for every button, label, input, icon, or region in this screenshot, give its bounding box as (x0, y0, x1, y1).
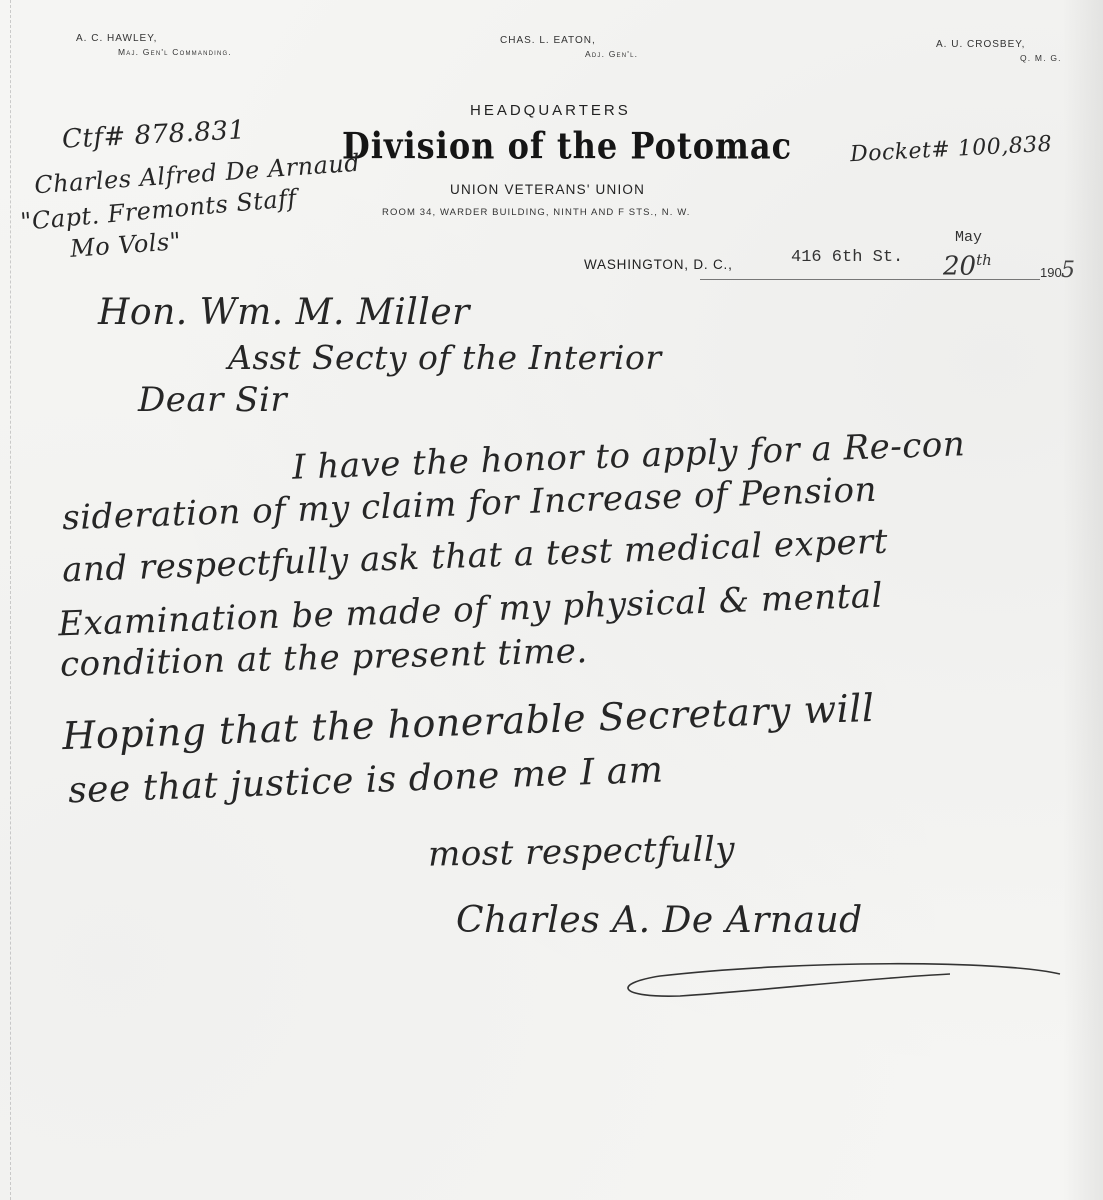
letterhead-address: ROOM 34, WARDER BUILDING, NINTH AND F ST… (382, 207, 691, 218)
printed-year: 190 (1040, 265, 1062, 280)
handwritten-day: 20th (943, 251, 992, 282)
letterhead-organization: Division of the Potomac (342, 124, 802, 168)
salutation: Dear Sir (138, 380, 287, 420)
day-number: 20 (943, 252, 976, 282)
typed-street-address: 416 6th St. (791, 248, 903, 267)
officer-quartermaster: A. U. CROSBEY, Q. M. G. (936, 39, 1062, 63)
letterhead-headquarters: HEADQUARTERS (470, 102, 631, 119)
signature: Charles A. De Arnaud (456, 900, 863, 941)
officer-name: CHAS. L. EATON, (500, 35, 638, 46)
officer-title: Maj. Gen'l Commanding. (118, 47, 232, 57)
addressee-title: Asst Secty of the Interior (228, 338, 662, 377)
addressee-name: Hon. Wm. M. Miller (98, 292, 470, 333)
dateline-city: WASHINGTON, D. C., (584, 257, 733, 272)
typed-month: May (955, 229, 982, 246)
officer-commanding: A. C. HAWLEY, Maj. Gen'l Commanding. (76, 33, 232, 57)
signature-flourish-icon (620, 960, 1070, 1010)
officer-name: A. C. HAWLEY, (76, 33, 232, 44)
letterhead-union: UNION VETERANS' UNION (450, 182, 645, 197)
officer-adjutant: CHAS. L. EATON, Adj. Gen'l. (500, 35, 638, 59)
scan-edge-line (10, 0, 11, 1200)
officer-name: A. U. CROSBEY, (936, 39, 1062, 50)
closing: most respectfully (428, 829, 736, 874)
officer-title: Q. M. G. (1020, 53, 1062, 63)
day-suffix: th (976, 251, 992, 269)
scan-shadow (1063, 0, 1103, 1200)
handwritten-year-digit: 5 (1061, 258, 1075, 283)
officer-title: Adj. Gen'l. (585, 49, 638, 59)
